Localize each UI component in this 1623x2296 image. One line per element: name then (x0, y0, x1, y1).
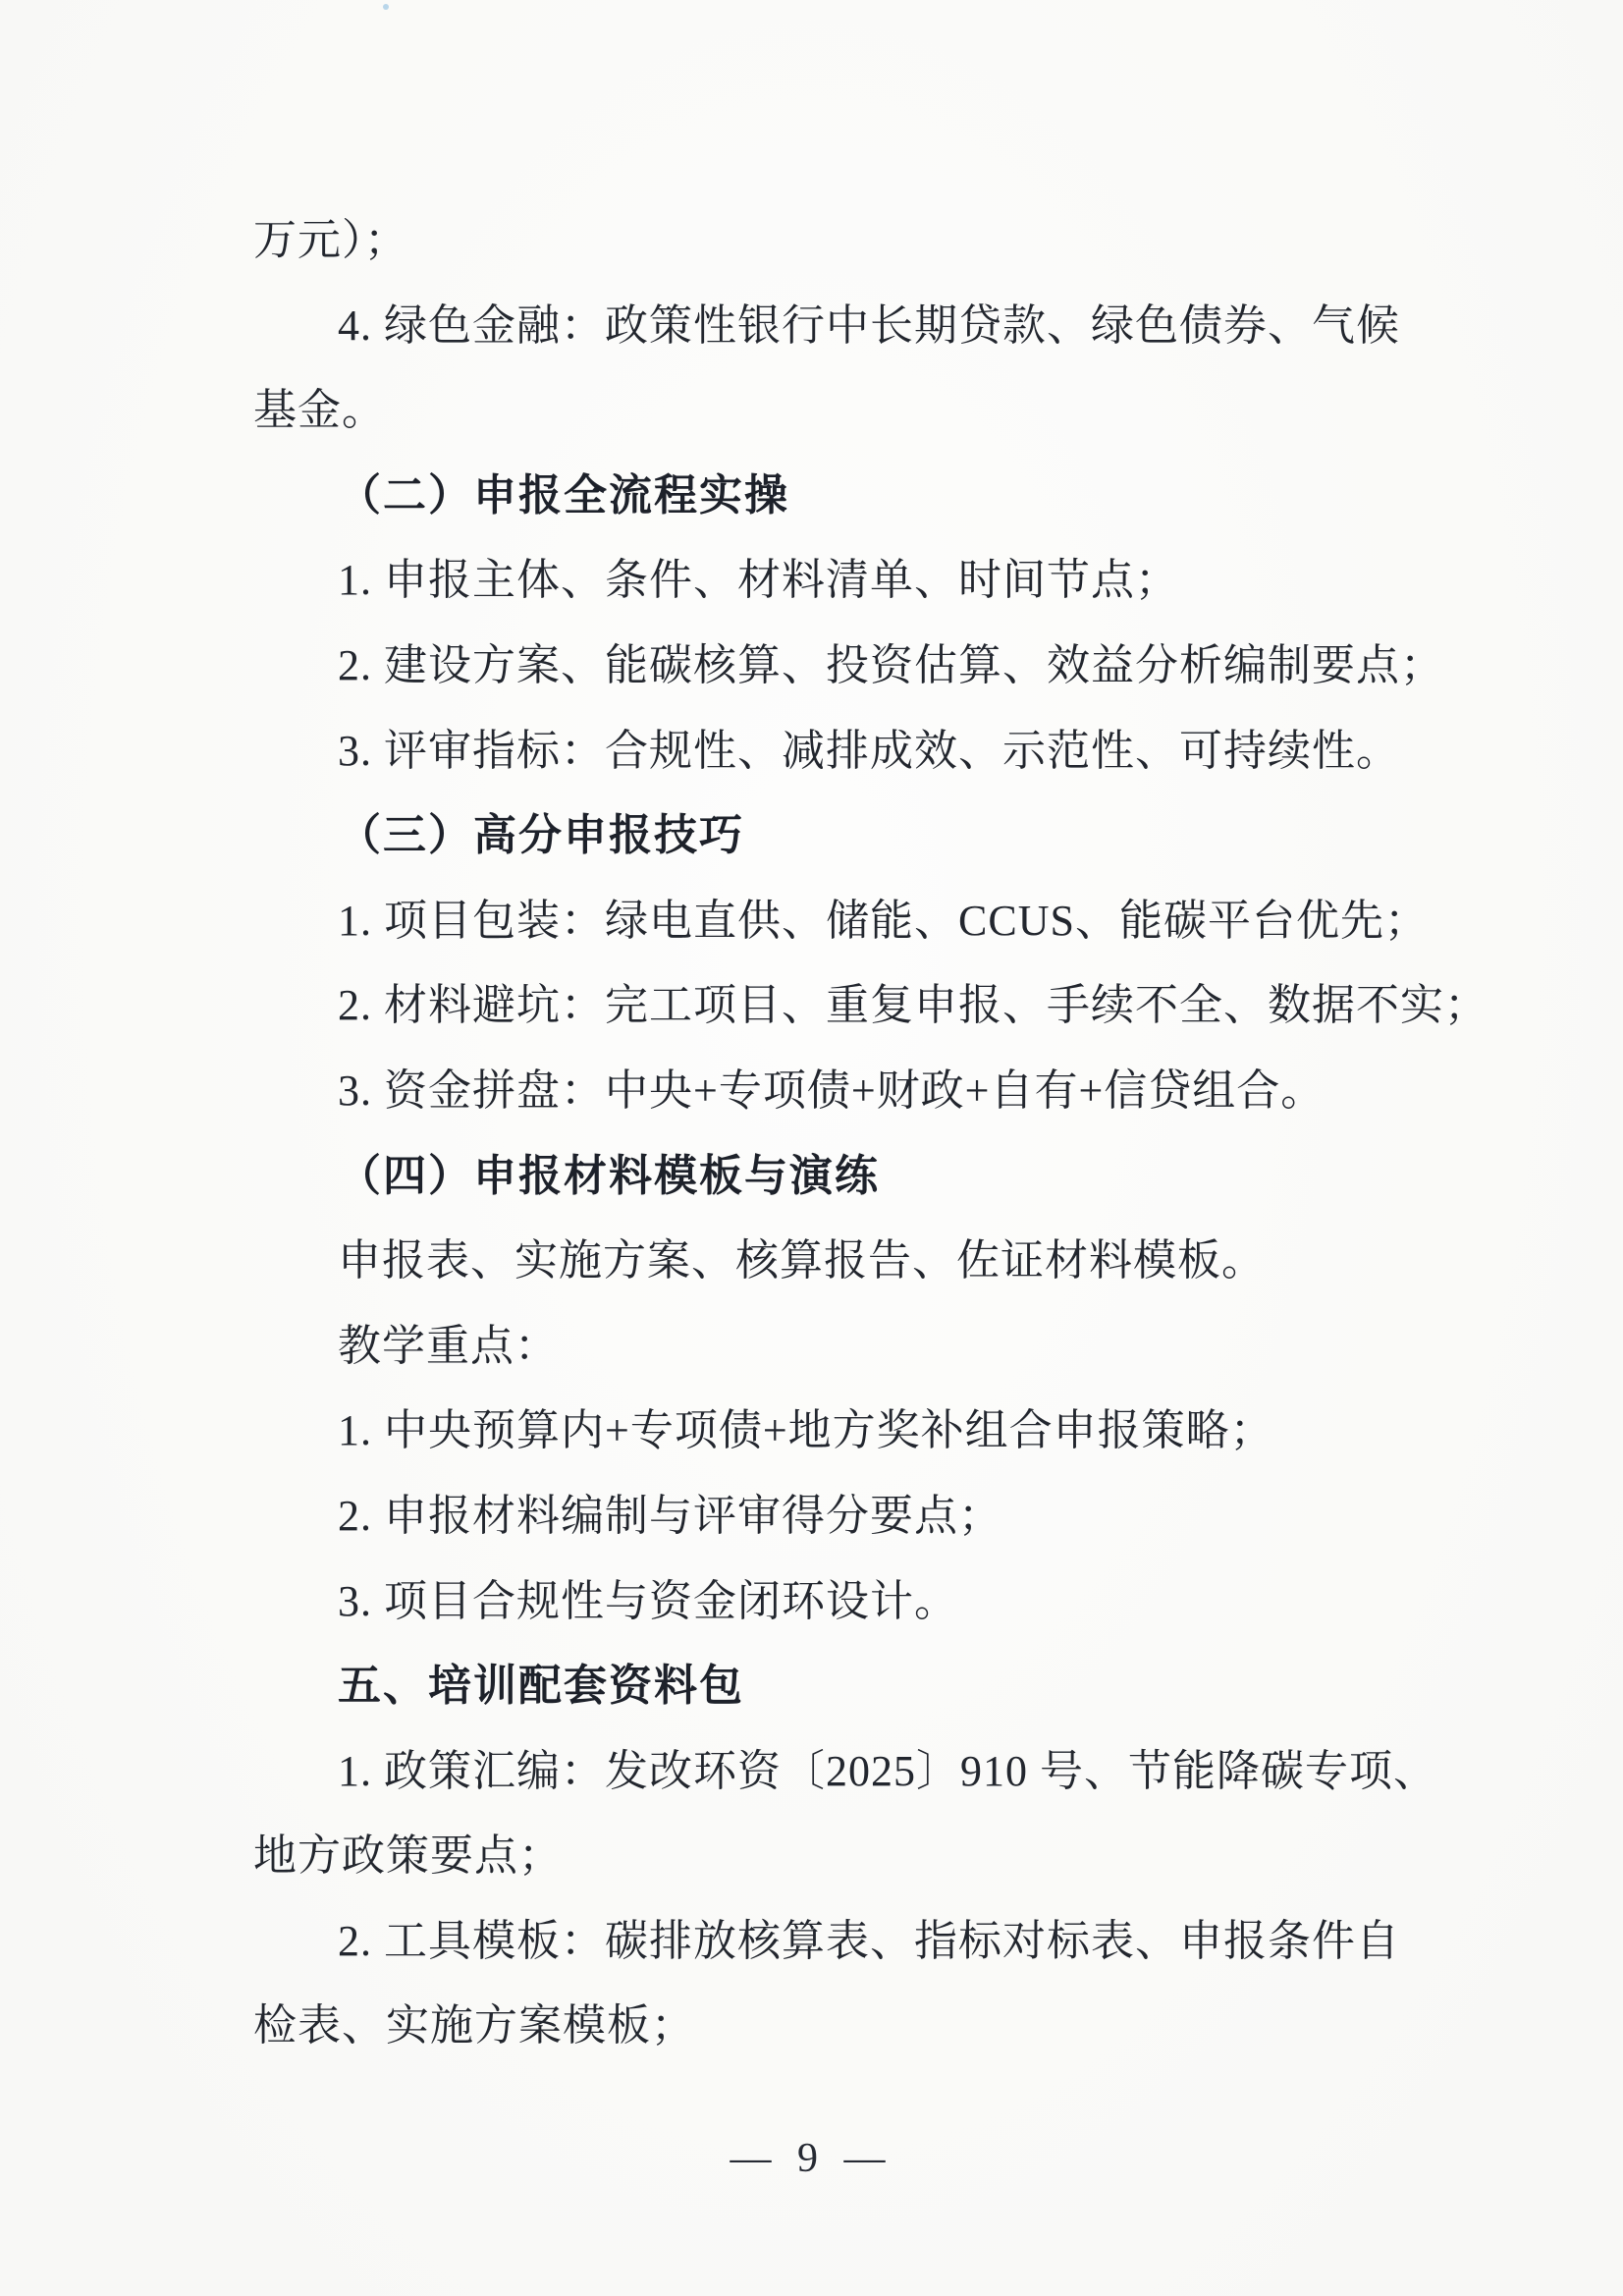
body-text-line: 检表、实施方案模板； (253, 1984, 1394, 2069)
body-text-line: 3. 项目合规性与资金闭环设计。 (253, 1559, 1394, 1645)
body-text-line: 基金。 (253, 368, 1394, 454)
body-text-line: 1. 中央预算内+专项债+地方奖补组合申报策略； (253, 1389, 1394, 1474)
document-page: 万元）；4. 绿色金融：政策性银行中长期贷款、绿色债券、气候基金。（二）申报全流… (0, 0, 1623, 2296)
body-text-line: 申报表、实施方案、核算报告、佐证材料模板。 (253, 1219, 1394, 1304)
body-text-line: 3. 评审指标：合规性、减排成效、示范性、可持续性。 (253, 709, 1394, 794)
heading-line: （二）申报全流程实操 (253, 454, 1394, 539)
document-body: 万元）；4. 绿色金融：政策性银行中长期贷款、绿色债券、气候基金。（二）申报全流… (253, 198, 1394, 2069)
body-text-line: 地方政策要点； (253, 1814, 1394, 1899)
body-text-line: 1. 项目包装：绿电直供、储能、CCUS、能碳平台优先； (253, 879, 1394, 964)
page-number: — 9 — (0, 2129, 1623, 2188)
heading-line: 五、培训配套资料包 (253, 1644, 1394, 1729)
body-text-line: 3. 资金拼盘：中央+专项债+财政+自有+信贷组合。 (253, 1049, 1394, 1134)
body-text-line: 万元）； (253, 198, 1394, 284)
body-text-line: 1. 申报主体、条件、材料清单、时间节点； (253, 538, 1394, 624)
body-text-line: 1. 政策汇编：发改环资〔2025〕910 号、节能降碳专项、 (253, 1729, 1394, 1815)
heading-line: （三）高分申报技巧 (253, 793, 1394, 879)
body-text-line: 2. 工具模板：碳排放核算表、指标对标表、申报条件自 (253, 1899, 1394, 1985)
body-text-line: 教学重点： (253, 1304, 1394, 1390)
heading-line: （四）申报材料模板与演练 (253, 1134, 1394, 1220)
body-text-line: 2. 建设方案、能碳核算、投资估算、效益分析编制要点； (253, 624, 1394, 709)
scan-speck-artifact (383, 4, 389, 10)
body-text-line: 2. 材料避坑：完工项目、重复申报、手续不全、数据不实； (253, 963, 1394, 1049)
body-text-line: 2. 申报材料编制与评审得分要点； (253, 1474, 1394, 1559)
body-text-line: 4. 绿色金融：政策性银行中长期贷款、绿色债券、气候 (253, 284, 1394, 369)
